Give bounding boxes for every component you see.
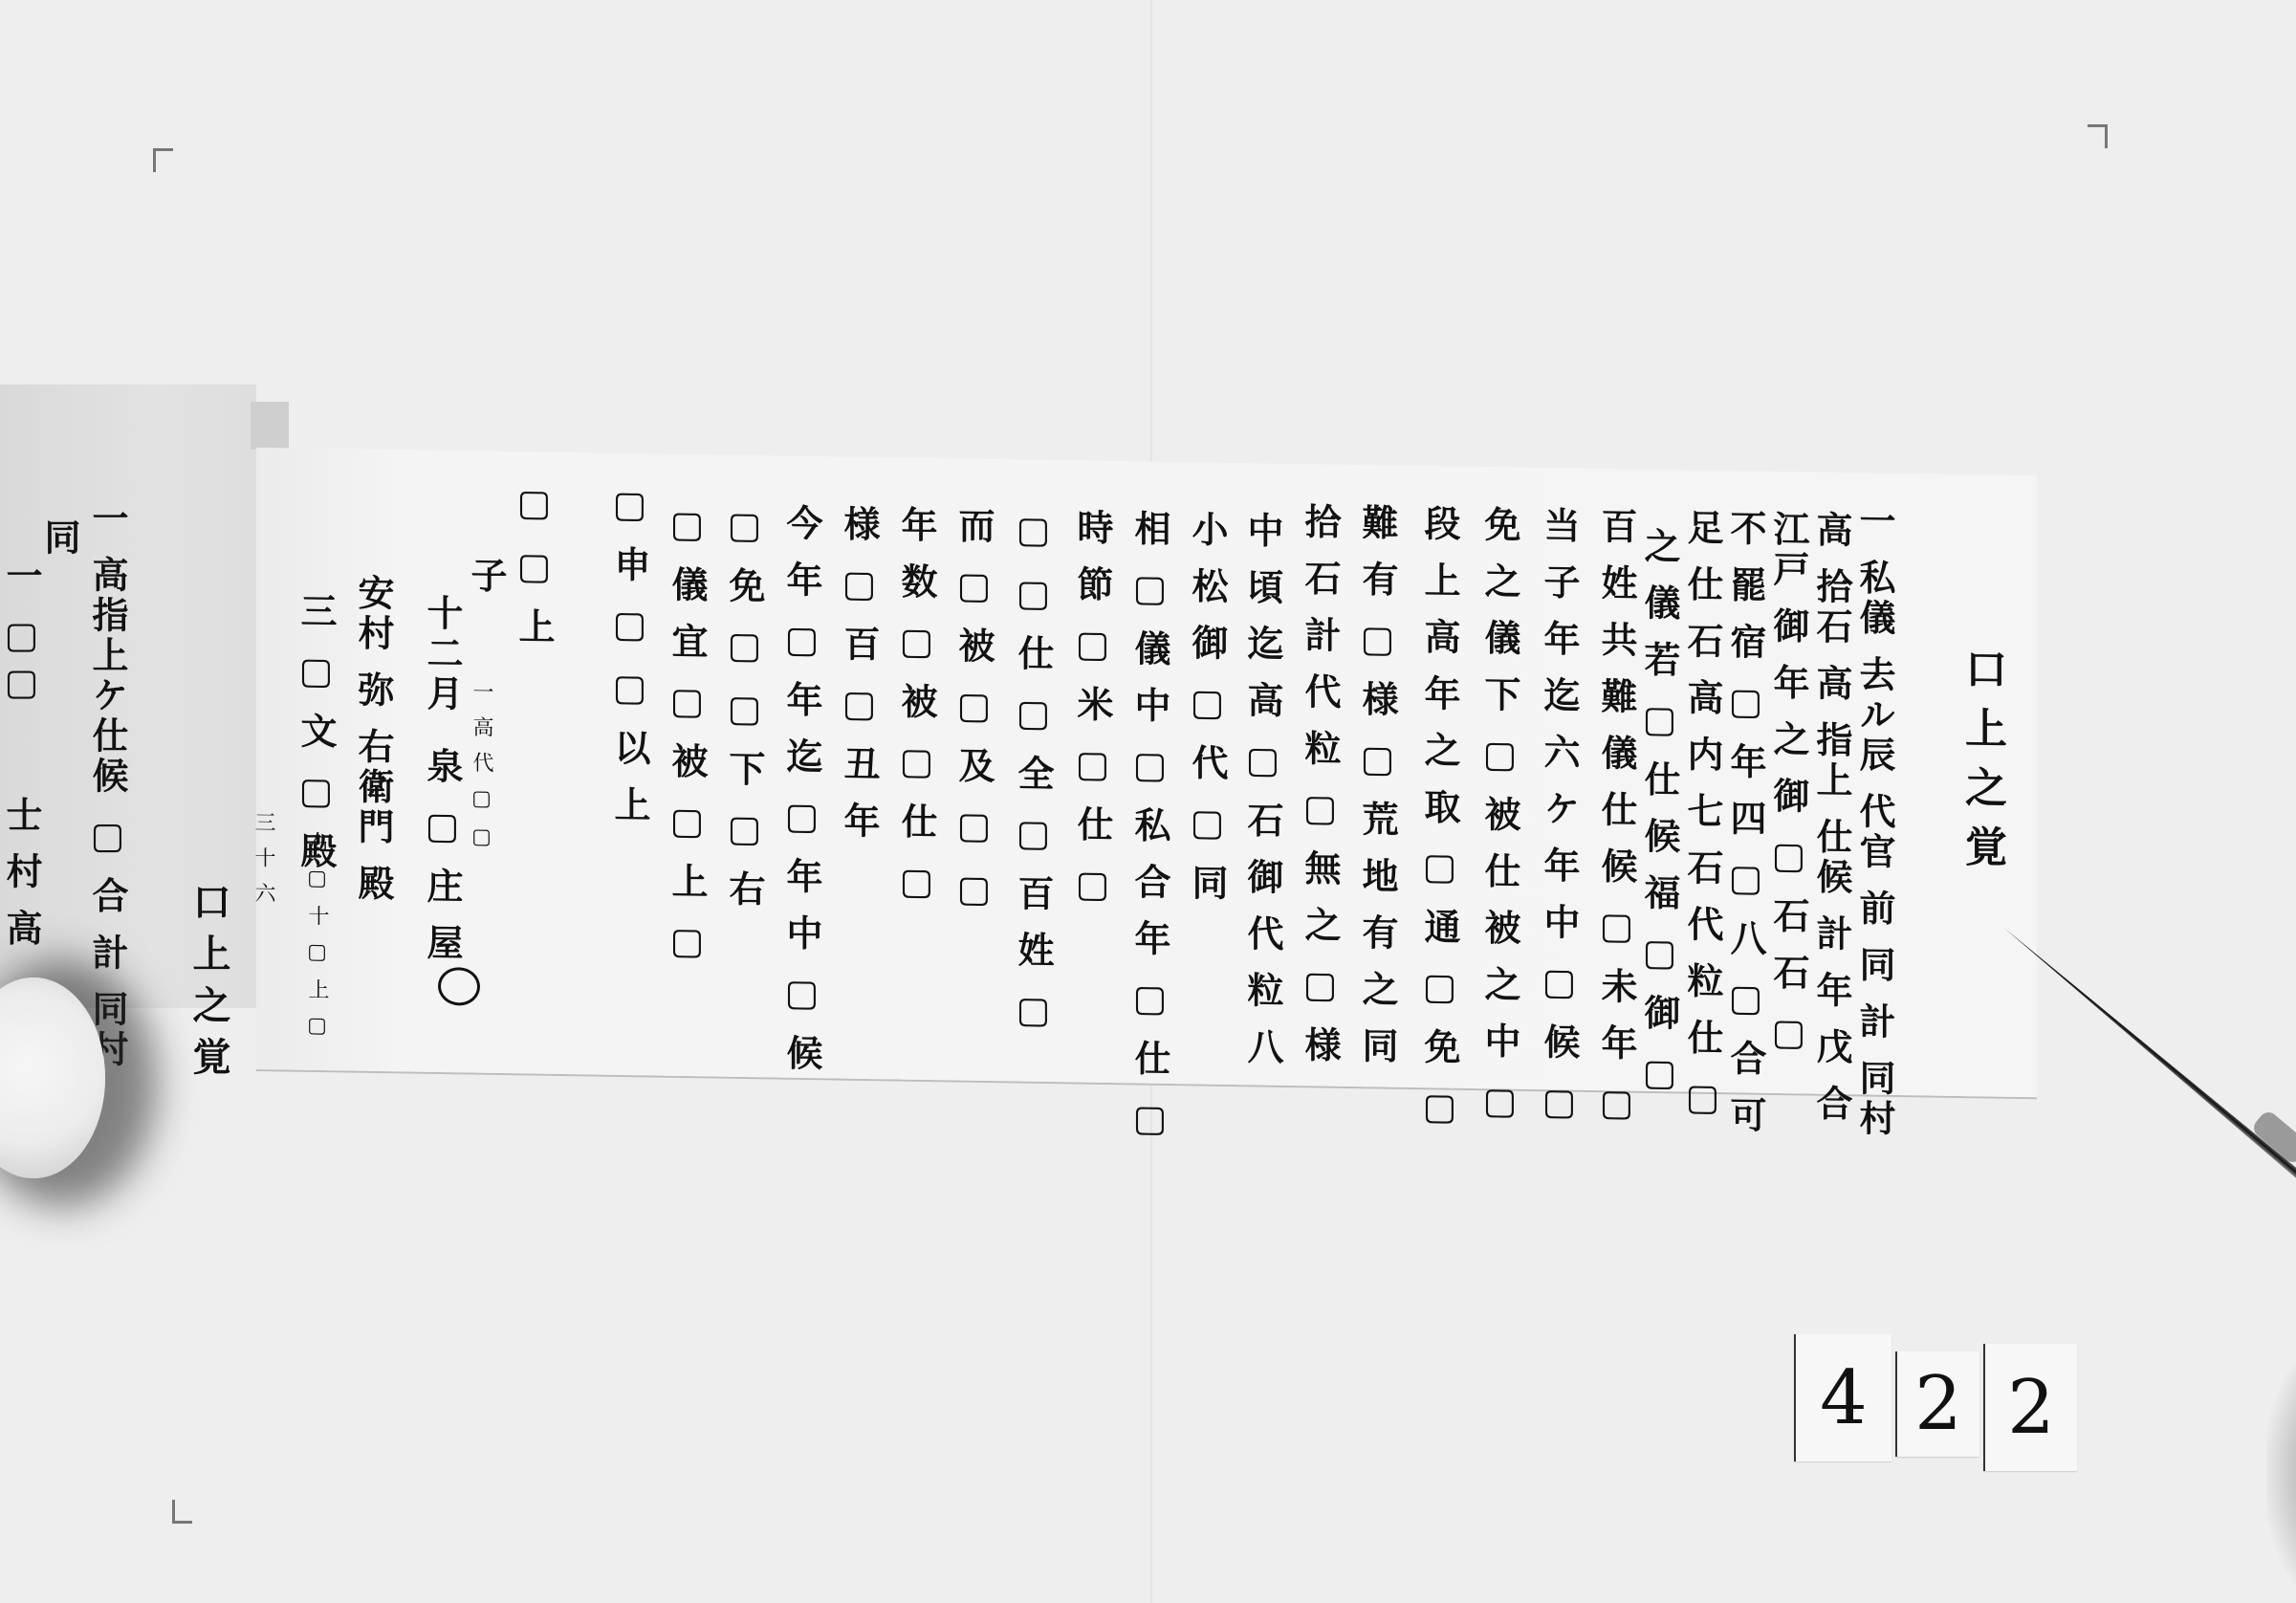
- main-document-sheet: 口上之覚 一 私儀 去ル辰 代官 前 同 計 同村 高 拾石 高 指上 仕候 計…: [256, 448, 2037, 1099]
- body-column: 而 ▢ 被 ▢ 及 ▢ ▢: [952, 506, 995, 913]
- signatory: 泉 ▢ 庄 屋: [421, 747, 463, 964]
- body-column: 当 子 年 迄 六 ケ 年 中 ▢ 候 ▢: [1538, 506, 1580, 1127]
- body-column: 時 節 ▢ 米 ▢ 仕 ▢: [1071, 508, 1113, 909]
- left-fragment-column: 一 高指上ケ仕候 ▢ 合 計 同村: [86, 499, 128, 1070]
- body-column: 段 上 高 年 之 取 ▢ 通 ▢ 免 ▢: [1418, 504, 1460, 1131]
- body-column: 中 頃 迄 高 ▢ 石 御 代 粒 八: [1241, 511, 1283, 1068]
- left-fragment-column: 一 ▢▢: [0, 557, 42, 707]
- body-column: 高 拾石 高 指上 仕候 計 年 戊 合: [1810, 511, 1852, 1126]
- body-column: 一 私儀 去ル辰 代官 前 同 計 同村: [1853, 501, 1895, 1139]
- body-column: 今 年 ▢ 年 迄 ▢ 年 中 ▢ 候: [780, 504, 822, 1075]
- needle-pointer: [2001, 924, 2296, 1189]
- body-column: 足 仕 石 高 内 七 石 代 粒 仕 ▢: [1681, 508, 1723, 1122]
- left-fragment-column: 士 村 高: [0, 796, 42, 949]
- body-column: 江戸 御 年 之 御 ▢ 石 石 ▢: [1767, 510, 1809, 1058]
- catalog-digit: 2: [1895, 1351, 1979, 1457]
- body-column: ▢ 免 ▢ ▢ 下 ▢ 右: [723, 503, 765, 911]
- catalog-number-label: 4 2 2: [1794, 1334, 2081, 1471]
- left-fragment-title: 口上之覚: [182, 882, 236, 1088]
- body-column: ▢ ▢ 仕 ▢ 全 ▢ 百 姓 ▢: [1012, 507, 1054, 1035]
- catalog-digit: 4: [1794, 1334, 1891, 1461]
- body-column: 年 数 ▢ 被 ▢ 仕 ▢: [895, 505, 937, 906]
- date-annotation: 一 高 代 ▢ ▢: [467, 680, 496, 852]
- catalog-digit: 2: [1983, 1344, 2077, 1471]
- body-column: 様 ▢ 百 ▢ 丑 年: [838, 505, 880, 843]
- body-column: 相 ▢ 儀 中 ▢ 私 合 年 ▢ 仕 ▢: [1128, 509, 1170, 1143]
- addressee-note: 右 ▢ 十 ▢ 上 ▢: [302, 831, 332, 1042]
- body-column: ▢ 儀 宜 ▢ 被 ▢ 上 ▢: [666, 502, 708, 966]
- body-column: 拾 石 計 代 粒 ▢ 無 之 ▢ 様: [1299, 502, 1341, 1066]
- document-title: 口上之覚: [1951, 647, 2012, 885]
- body-column: 小 松 御 ▢ 代 ▢ 同: [1186, 510, 1228, 904]
- body-column: ▢ ▢ 上: [513, 480, 555, 648]
- previous-sheet-fragment: 口上之覚 一 高指上ケ仕候 ▢ 合 計 同村 同 一 ▢▢ 士 村 高: [0, 384, 256, 1008]
- body-column: 難 有 ▢ 様 ▢ 荒 地 有 之 同: [1356, 503, 1398, 1067]
- body-column: 百 姓 共 難 儀 仕 候 ▢ 未 年 ▢: [1595, 507, 1637, 1128]
- paper-flap: [251, 402, 289, 450]
- body-column: 免 之 儀 下 ▢ 被 仕 被 之 中 ▢: [1478, 505, 1520, 1126]
- era-year: 子: [465, 556, 507, 597]
- body-column: ▢ 申 ▢ ▢ 以 上: [608, 482, 650, 826]
- crop-mark-top-left: [153, 148, 173, 172]
- edge-shadow: [2266, 1339, 2296, 1603]
- body-column: 之 儀 若 ▢ 仕 候 福 ▢ 御 ▢: [1638, 527, 1680, 1098]
- date-month: 十二月: [421, 594, 463, 715]
- numeric-note: 三 十 六: [249, 811, 278, 907]
- left-fragment-column: 同: [38, 518, 80, 559]
- crop-mark-top-right: [2088, 124, 2108, 148]
- body-column: 不 罷 宿 ▢ 年 四 ▢ 八 ▢ 合 可: [1724, 509, 1766, 1136]
- addressee-1: 安村 弥 右衛門 殿: [352, 574, 394, 905]
- crop-mark-bottom-left: [172, 1500, 192, 1524]
- signature-seal: [438, 967, 480, 1006]
